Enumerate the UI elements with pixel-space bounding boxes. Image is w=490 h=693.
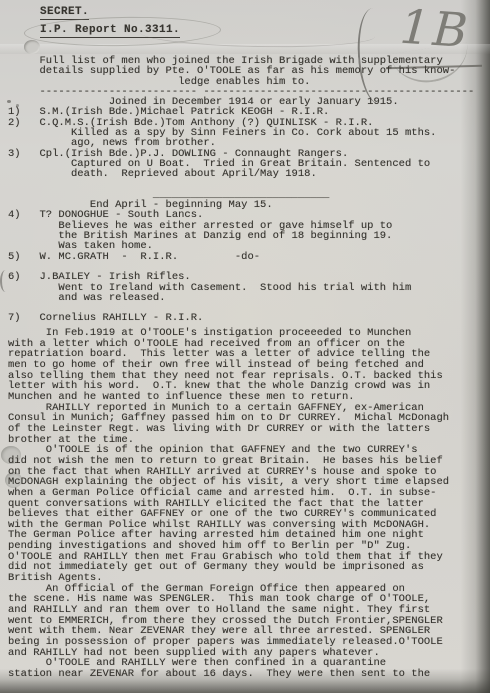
typed-line: Munchen and he wanted to influence these… (8, 392, 449, 403)
typed-line: 6) J.BAILEY - Irish Rifles. (8, 272, 474, 282)
typed-line: 5) W. MC.GRATH - R.I.R. -do- (8, 252, 474, 262)
hole-punch (24, 40, 40, 54)
typed-line: and was released. (8, 293, 474, 303)
typed-line: 7) Cornelius RAHILLY - R.I.R. (8, 313, 474, 323)
typed-line: when a German Police Official came and a… (8, 488, 449, 499)
typed-line: death. Reprieved about April/May 1918. (8, 169, 474, 179)
typed-line: did not wish the men to return to great … (8, 456, 449, 467)
typed-line: of the Leinster Regt. was living with Dr… (8, 424, 449, 435)
classification-stamp: SECRET. (40, 6, 89, 20)
typed-line: station near ZEVENAR for about 16 days. … (8, 669, 449, 680)
typed-body-lower: In Feb.1919 at O'TOOLE's instigation pro… (8, 328, 449, 680)
document-page: SECRET. I.P. Report No.3311. 1B Full lis… (0, 0, 490, 693)
typed-body-upper: Full list of men who joined the Irish Br… (8, 56, 474, 324)
